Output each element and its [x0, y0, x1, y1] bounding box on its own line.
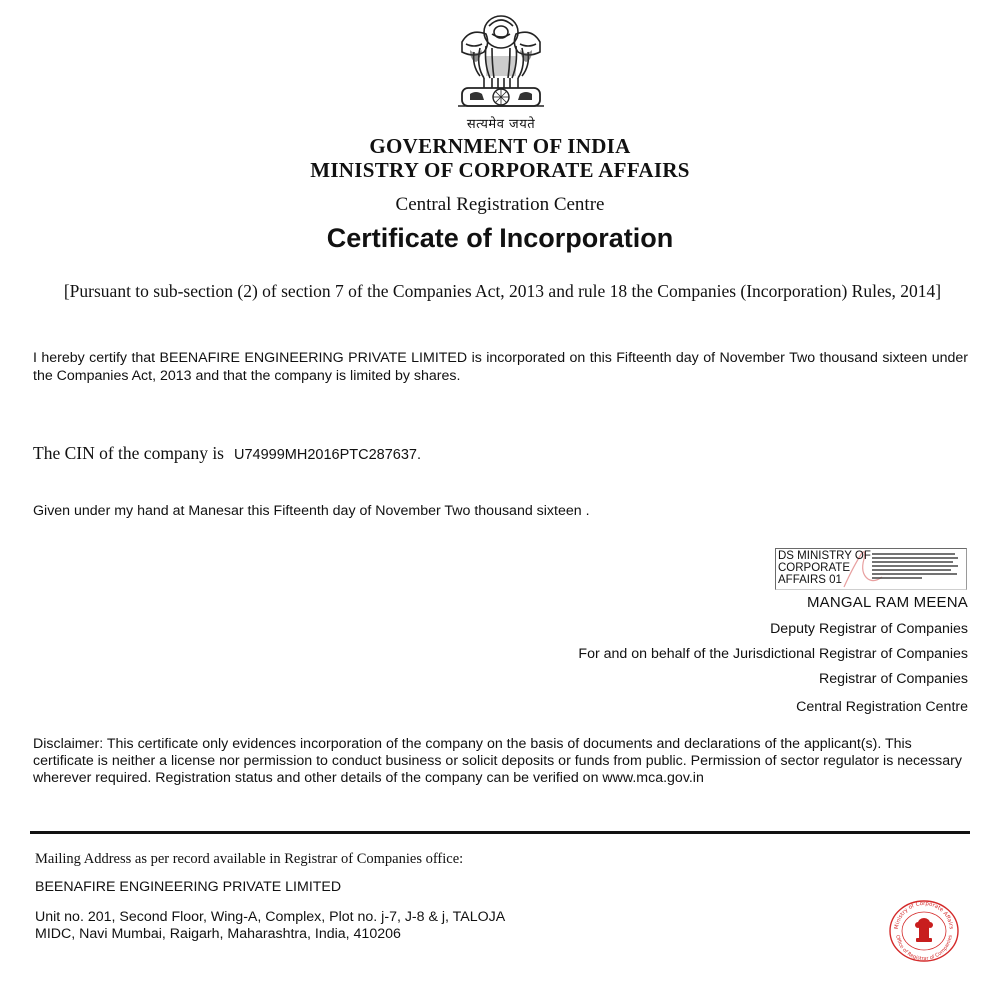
roc-seal-icon: Ministry of Corporate Affairs Office of … [886, 898, 962, 964]
address-line-1: Unit no. 201, Second Floor, Wing-A, Comp… [35, 909, 635, 926]
address-line-2: MIDC, Navi Mumbai, Raigarh, Maharashtra,… [35, 926, 635, 943]
office-heading: Central Registration Centre [0, 194, 1000, 216]
signer-role: Registrar of Companies [819, 671, 968, 687]
signer-name: MANGAL RAM MEENA [807, 594, 968, 611]
legal-reference: [Pursuant to sub-section (2) of section … [40, 281, 965, 301]
signer-role: For and on behalf of the Jurisdictional … [578, 646, 968, 662]
mailing-address: Unit no. 201, Second Floor, Wing-A, Comp… [35, 909, 635, 943]
disclaimer: Disclaimer: This certificate only eviden… [33, 736, 973, 787]
given-under-statement: Given under my hand at Manesar this Fift… [33, 502, 590, 520]
cin-value: U74999MH2016PTC287637. [234, 447, 421, 463]
government-heading: GOVERNMENT OF INDIA [0, 134, 1000, 159]
motto: सत्यमेव जयते [440, 114, 562, 132]
digital-signature-box[interactable]: DS MINISTRY OF CORPORATE AFFAIRS 01 [775, 548, 967, 590]
section-divider [30, 831, 970, 834]
signature-fine-print [872, 553, 962, 585]
national-emblem-icon [440, 4, 562, 122]
signer-role: Central Registration Centre [796, 699, 968, 715]
certificate-title: Certificate of Incorporation [0, 223, 1000, 254]
digital-signature-label: DS MINISTRY OF CORPORATE AFFAIRS 01 [778, 550, 878, 586]
ministry-heading: MINISTRY OF CORPORATE AFFAIRS [0, 158, 1000, 183]
cin-line: The CIN of the company isU74999MH2016PTC… [33, 443, 421, 464]
signer-role: Deputy Registrar of Companies [770, 621, 968, 637]
cin-label: The CIN of the company is [33, 443, 224, 463]
certification-statement: I hereby certify that BEENAFIRE ENGINEER… [33, 349, 968, 385]
mailing-company-name: BEENAFIRE ENGINEERING PRIVATE LIMITED [35, 879, 341, 895]
mailing-address-label: Mailing Address as per record available … [35, 851, 463, 868]
